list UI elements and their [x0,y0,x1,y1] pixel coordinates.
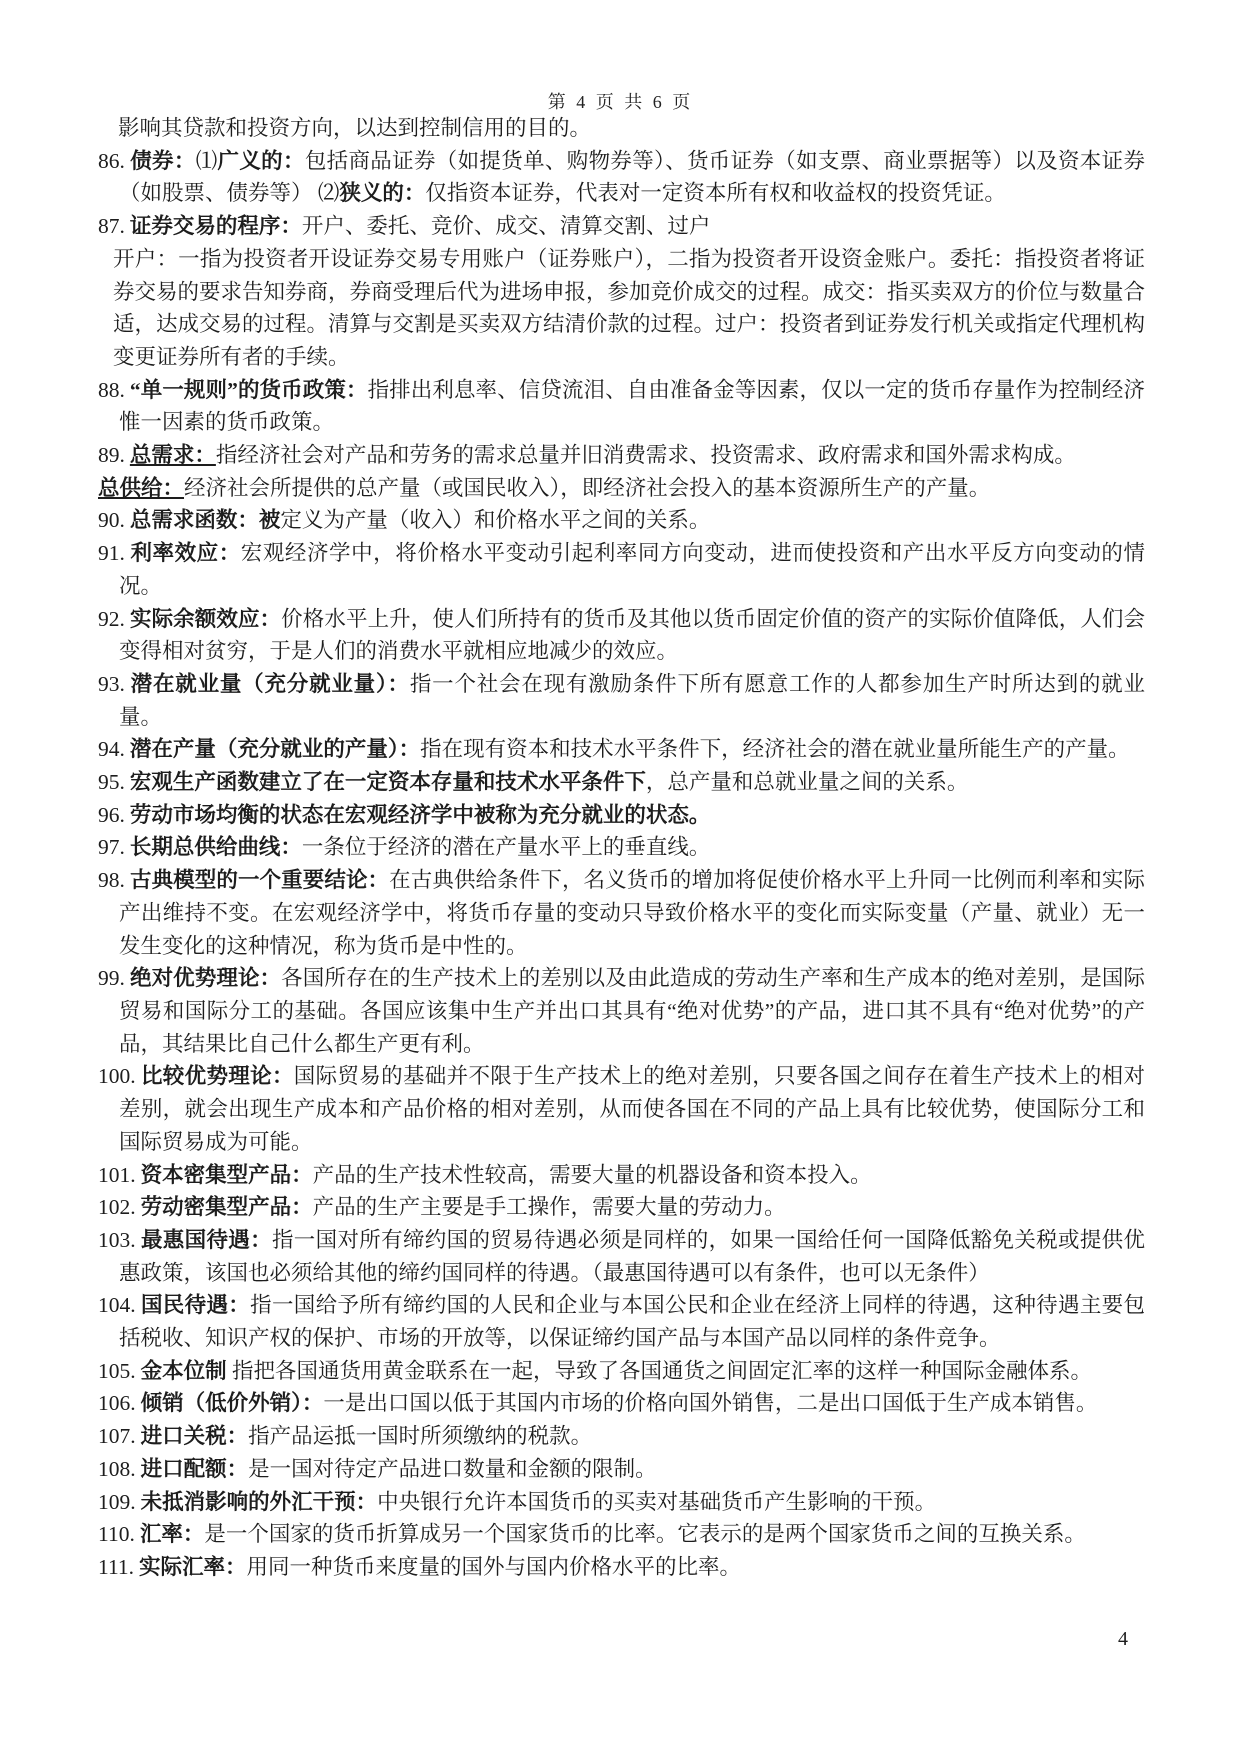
item-number: 97. [98,835,130,859]
item-number: 100. [98,1064,141,1088]
term-text: 债券： [130,149,196,173]
term-text: 最惠国待遇： [141,1228,272,1252]
list-item-111: 111.实际汇率：用同一种货币来度量的国外与国内价格水平的比率。 [98,1551,1145,1584]
list-item-104: 104.国民待遇：指一国给予所有缔约国的人民和企业与本国公民和企业在经济上同样的… [98,1289,1145,1354]
item-number: 96. [98,803,130,827]
definition-text: ，总产量和总就业量之间的关系。 [646,770,969,794]
definition-text: 影响其贷款和投资方向，以达到控制信用的目的。 [118,116,591,140]
item-number: 111. [98,1555,139,1579]
list-item-86: 86.债券：⑴广义的：包括商品证券（如提货单、购物券等）、货币证券（如支票、商业… [98,145,1145,210]
document-page: { "page": { "header": "第 4 页 共 6 页", "pa… [0,0,1241,1754]
definition-text: 一是出口国以低于其国内市场的价格向国外销售，二是出口国低于生产成本销售。 [323,1391,1097,1415]
term-text: 总需求函数：被 [130,508,281,532]
definition-text: 指在现有资本和技术水平条件下，经济社会的潜在就业量所能生产的产量。 [420,737,1130,761]
definition-text: 开户、委托、竞价、成交、清算交割、过户 [302,214,711,238]
definition-text: 开户：一指为投资者开设证券交易专用账户（证券账户），二指为投资者开设资金账户。委… [113,247,1145,369]
term-text: 进口关税： [141,1424,249,1448]
item-number: 108. [98,1457,141,1481]
definition-text: ⑵ [318,181,340,205]
list-item-96: 96.劳动市场均衡的状态在宏观经济学中被称为充分就业的状态。 [98,799,1145,832]
definition-text: 指经济社会对产品和劳务的需求总量并旧消费需求、投资需求、政府需求和国外需求构成。 [216,443,1076,467]
paragraph-3: 开户：一指为投资者开设证券交易专用账户（证券账户），二指为投资者开设资金账户。委… [98,243,1145,374]
definition-text: 指一国给予所有缔约国的人民和企业与本国公民和企业在经济上同样的待遇，这种待遇主要… [119,1293,1145,1350]
definition-text: 产品的生产技术性较高，需要大量的机器设备和资本投入。 [313,1163,872,1187]
item-number: 92. [98,607,130,631]
page-number-footer: 4 [1108,1628,1138,1651]
definition-text: 指一国对所有缔约国的贸易待遇必须是同样的，如果一国给任何一国降低豁免关税或提供优… [119,1228,1145,1285]
item-number: 95. [98,770,130,794]
term-text: 比较优势理论： [141,1064,294,1088]
item-number: 104. [98,1293,141,1317]
item-number: 90. [98,508,130,532]
item-number: 107. [98,1424,141,1448]
list-item-105: 105.金本位制 指把各国通货用黄金联系在一起，导致了各国通货之间固定汇率的这样… [98,1355,1145,1388]
list-item-109: 109.未抵消影响的外汇干预：中央银行允许本国货币的买卖对基础货币产生影响的干预… [98,1486,1145,1519]
item-number: 86. [98,149,130,173]
term-text: 金本位制 [141,1359,227,1383]
term-text: 宏观生产函数建立了在一定资本存量和技术水平条件下 [130,770,646,794]
list-item-90: 90.总需求函数：被定义为产量（收入）和价格水平之间的关系。 [98,504,1145,537]
page-header: 第 4 页 共 6 页 [0,88,1241,114]
paragraph-0: 影响其贷款和投资方向，以达到控制信用的目的。 [98,112,1145,145]
item-number: 89. [98,443,130,467]
list-item-93: 93.潜在就业量（充分就业量）：指一个社会在现有激励条件下所有愿意工作的人都参加… [98,668,1145,733]
term-text: 古典模型的一个重要结论： [130,868,389,892]
item-number: 101. [98,1163,141,1187]
definition-text: 宏观经济学中，将价格水平变动引起利率同方向变动，进而使投资和产出水平反方向变动的… [119,541,1145,598]
list-item-103: 103.最惠国待遇：指一国对所有缔约国的贸易待遇必须是同样的，如果一国给任何一国… [98,1224,1145,1289]
paragraph-6: 总供给：经济社会所提供的总产量（或国民收入），即经济社会投入的基本资源所生产的产… [98,472,1145,505]
term-text: 劳动密集型产品： [141,1195,313,1219]
term-text: 未抵消影响的外汇干预： [141,1490,378,1514]
list-item-110: 110.汇率：是一个国家的货币折算成另一个国家货币的比率。它表示的是两个国家货币… [98,1518,1145,1551]
term-text: 实际汇率： [139,1555,247,1579]
definition-text: 用同一种货币来度量的国外与国内价格水平的比率。 [247,1555,742,1579]
term-text: 长期总供给曲线： [130,835,302,859]
term-text: 总供给： [98,476,184,500]
term-text: 汇率： [140,1522,205,1546]
definition-text: 产品的生产主要是手工操作，需要大量的劳动力。 [313,1195,786,1219]
list-item-89: 89.总需求：指经济社会对产品和劳务的需求总量并旧消费需求、投资需求、政府需求和… [98,439,1145,472]
term-text: 狭义的： [339,181,425,205]
definition-text: 经济社会所提供的总产量（或国民收入），即经济社会投入的基本资源所生产的产量。 [184,476,990,500]
definition-text: ⑴ [196,149,218,173]
document-body: 影响其贷款和投资方向，以达到控制信用的目的。86.债券：⑴广义的：包括商品证券（… [98,112,1145,1584]
definition-text: 是一国对待定产品进口数量和金额的限制。 [248,1457,657,1481]
term-text: 潜在产量（充分就业的产量）： [130,737,420,761]
definition-text: 是一个国家的货币折算成另一个国家货币的比率。它表示的是两个国家货币之间的互换关系… [204,1522,1086,1546]
term-text: 广义的： [218,149,305,173]
definition-text: 指把各国通货用黄金联系在一起，导致了各国通货之间固定汇率的这样一种国际金融体系。 [227,1359,1092,1383]
list-item-101: 101.资本密集型产品：产品的生产技术性较高，需要大量的机器设备和资本投入。 [98,1159,1145,1192]
term-text: 绝对优势理论： [130,966,281,990]
list-item-95: 95.宏观生产函数建立了在一定资本存量和技术水平条件下，总产量和总就业量之间的关… [98,766,1145,799]
item-number: 102. [98,1195,141,1219]
term-text: 总需求： [130,443,216,467]
list-item-98: 98.古典模型的一个重要结论：在古典供给条件下，名义货币的增加将促使价格水平上升… [98,864,1145,962]
term-text: 证券交易的程序： [130,214,302,238]
definition-text: 中央银行允许本国货币的买卖对基础货币产生影响的干预。 [377,1490,936,1514]
list-item-107: 107.进口关税：指产品运抵一国时所须缴纳的税款。 [98,1420,1145,1453]
definition-text: 定义为产量（收入）和价格水平之间的关系。 [280,508,710,532]
list-item-99: 99.绝对优势理论：各国所存在的生产技术上的差别以及由此造成的劳动生产率和生产成… [98,962,1145,1060]
item-number: 99. [98,966,130,990]
item-number: 98. [98,868,130,892]
list-item-108: 108.进口配额：是一国对待定产品进口数量和金额的限制。 [98,1453,1145,1486]
term-text: 利率效应： [130,541,241,565]
item-number: 106. [98,1391,141,1415]
list-item-87: 87.证券交易的程序：开户、委托、竞价、成交、清算交割、过户 [98,210,1145,243]
term-text: 国民待遇： [141,1293,251,1317]
definition-text: 仅指资本证券，代表对一定资本所有权和收益权的投资凭证。 [425,181,1006,205]
definition-text: 指产品运抵一国时所须缴纳的税款。 [248,1424,592,1448]
item-number: 94. [98,737,130,761]
term-text: 潜在就业量（充分就业量）： [130,672,410,696]
list-item-92: 92.实际余额效应：价格水平上升，使人们所持有的货币及其他以货币固定价值的资产的… [98,603,1145,668]
term-text: 劳动市场均衡的状态在宏观经济学中被称为充分就业的状态。 [130,803,711,827]
item-number: 87. [98,214,130,238]
term-text: 进口配额： [141,1457,249,1481]
list-item-97: 97.长期总供给曲线：一条位于经济的潜在产量水平上的垂直线。 [98,831,1145,864]
list-item-88: 88.“单一规则”的货币政策：指排出利息率、信贷流泪、自由准备金等因素，仅以一定… [98,374,1145,439]
list-item-102: 102.劳动密集型产品：产品的生产主要是手工操作，需要大量的劳动力。 [98,1191,1145,1224]
term-text: 资本密集型产品： [141,1163,313,1187]
definition-text: 一条位于经济的潜在产量水平上的垂直线。 [302,835,711,859]
list-item-106: 106.倾销（低价外销）：一是出口国以低于其国内市场的价格向国外销售，二是出口国… [98,1387,1145,1420]
list-item-94: 94.潜在产量（充分就业的产量）：指在现有资本和技术水平条件下，经济社会的潜在就… [98,733,1145,766]
item-number: 88. [98,378,130,402]
term-text: 实际余额效应： [130,607,281,631]
term-text: “单一规则”的货币政策： [130,378,368,402]
item-number: 110. [98,1522,140,1546]
item-number: 109. [98,1490,141,1514]
list-item-91: 91.利率效应：宏观经济学中，将价格水平变动引起利率同方向变动，进而使投资和产出… [98,537,1145,602]
item-number: 105. [98,1359,141,1383]
item-number: 93. [98,672,130,696]
item-number: 91. [98,541,130,565]
list-item-100: 100.比较优势理论：国际贸易的基础并不限于生产技术上的绝对差别，只要各国之间存… [98,1060,1145,1158]
term-text: 倾销（低价外销）： [141,1391,324,1415]
item-number: 103. [98,1228,141,1252]
